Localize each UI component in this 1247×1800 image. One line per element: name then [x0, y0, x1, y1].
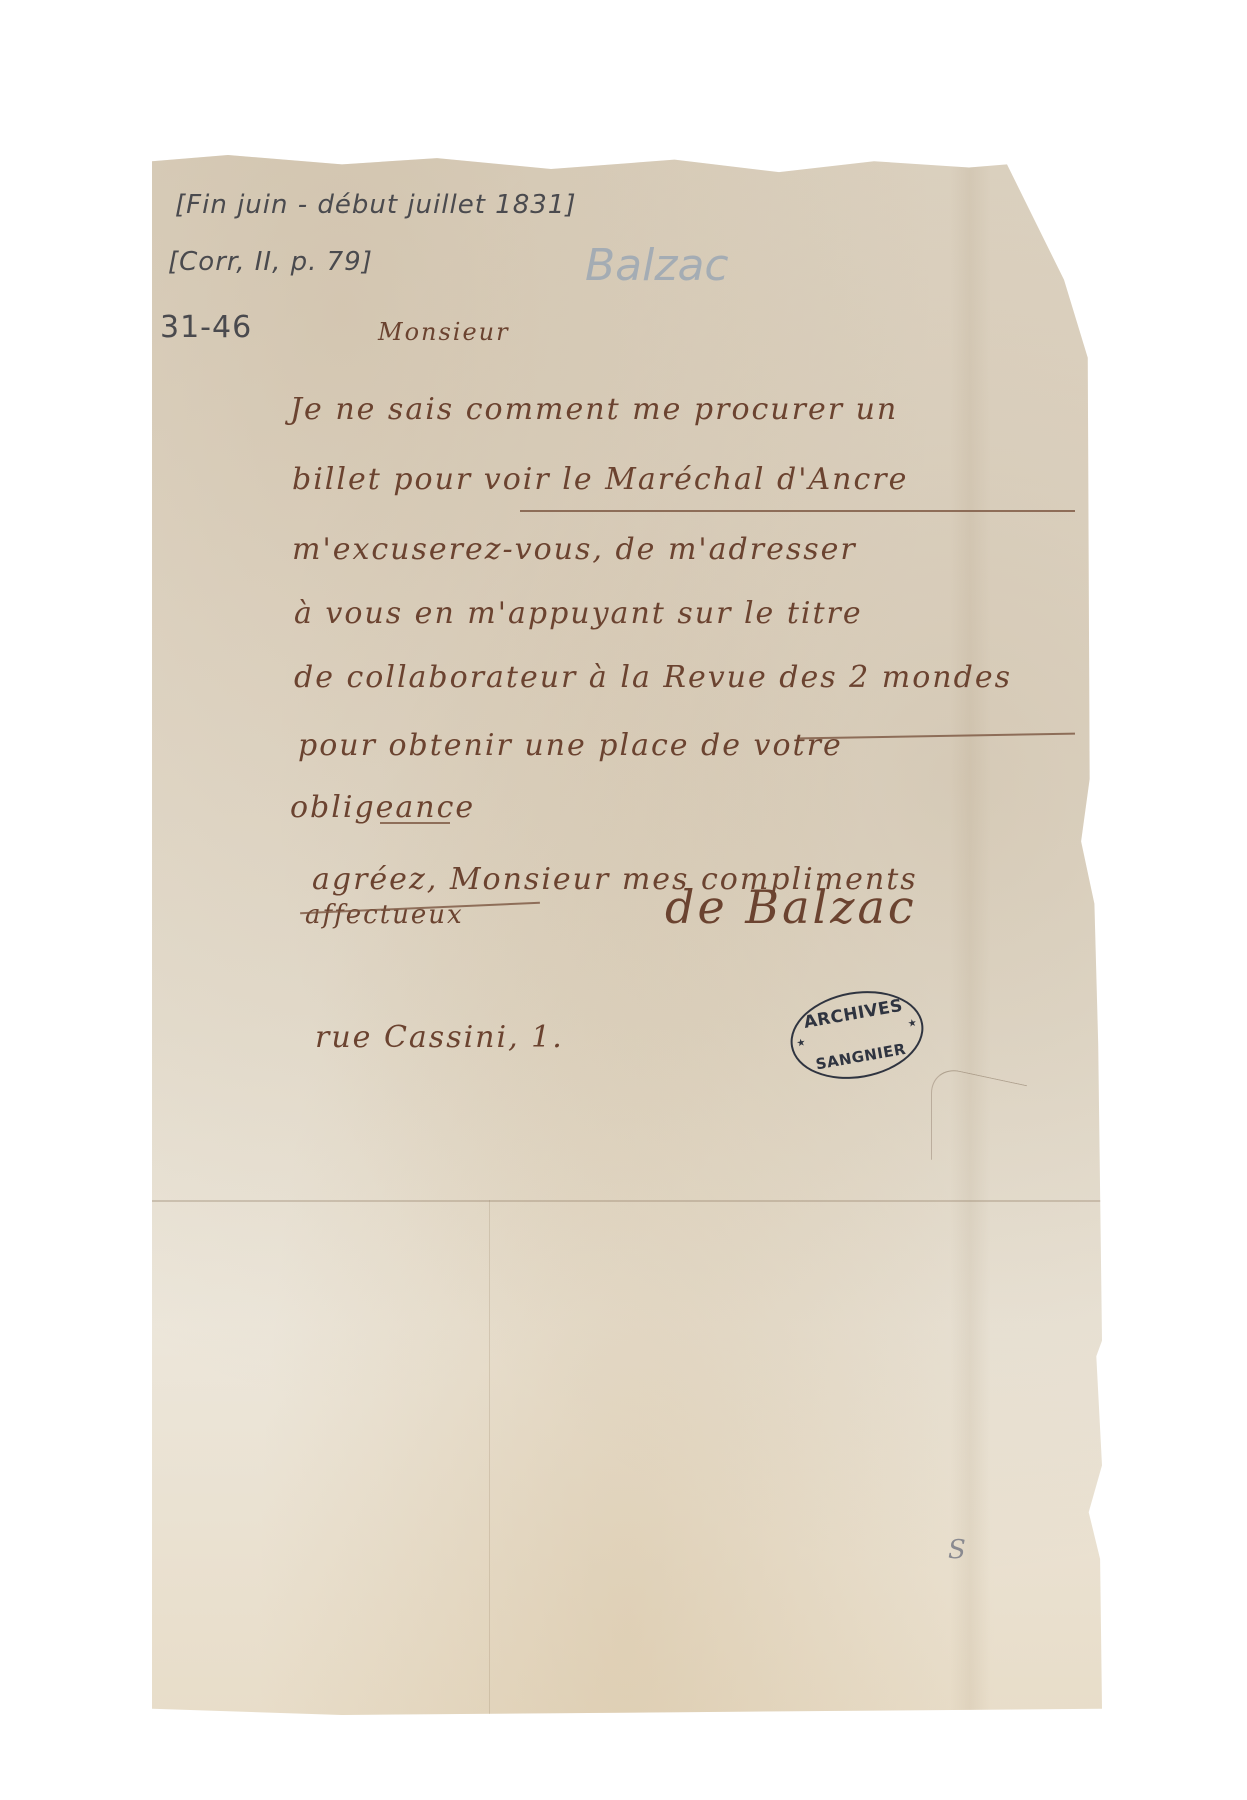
closing-line-2: affectueux: [305, 900, 464, 930]
body-line-3: m'excuserez-vous, de m'adresser: [292, 532, 857, 567]
body-line-5: de collaborateur à la Revue des 2 mondes: [294, 660, 1012, 695]
star-icon: ★: [796, 1037, 807, 1049]
date-annotation: [Fin juin - début juillet 1831]: [175, 190, 576, 220]
star-icon: ★: [907, 1018, 918, 1030]
body-line-2: billet pour voir le Maréchal d'Ancre: [292, 462, 908, 497]
signature: de Balzac: [665, 880, 917, 934]
body-line-1: Je ne sais comment me procurer un: [290, 392, 898, 427]
address: rue Cassini, 1.: [315, 1020, 564, 1055]
corner-pencil-mark: S: [948, 1535, 966, 1565]
faint-pencil-name: Balzac: [585, 240, 729, 291]
catalog-number: 31-46: [160, 310, 252, 345]
line-end-dash: [380, 822, 450, 824]
body-line-4: à vous en m'appuyant sur le titre: [294, 596, 863, 631]
paper-tear: [931, 1065, 1027, 1180]
reference-annotation: [Corr, II, p. 79]: [168, 247, 373, 277]
salutation: Monsieur: [378, 318, 510, 346]
body-line-6: pour obtenir une place de votre: [298, 728, 843, 763]
vertical-fold-shadow: [950, 155, 990, 1715]
letter-paper: [152, 155, 1102, 1715]
underline-title: [520, 510, 1075, 512]
body-line-7: obligeance: [290, 790, 475, 825]
vertical-fold-line: [489, 1200, 490, 1715]
